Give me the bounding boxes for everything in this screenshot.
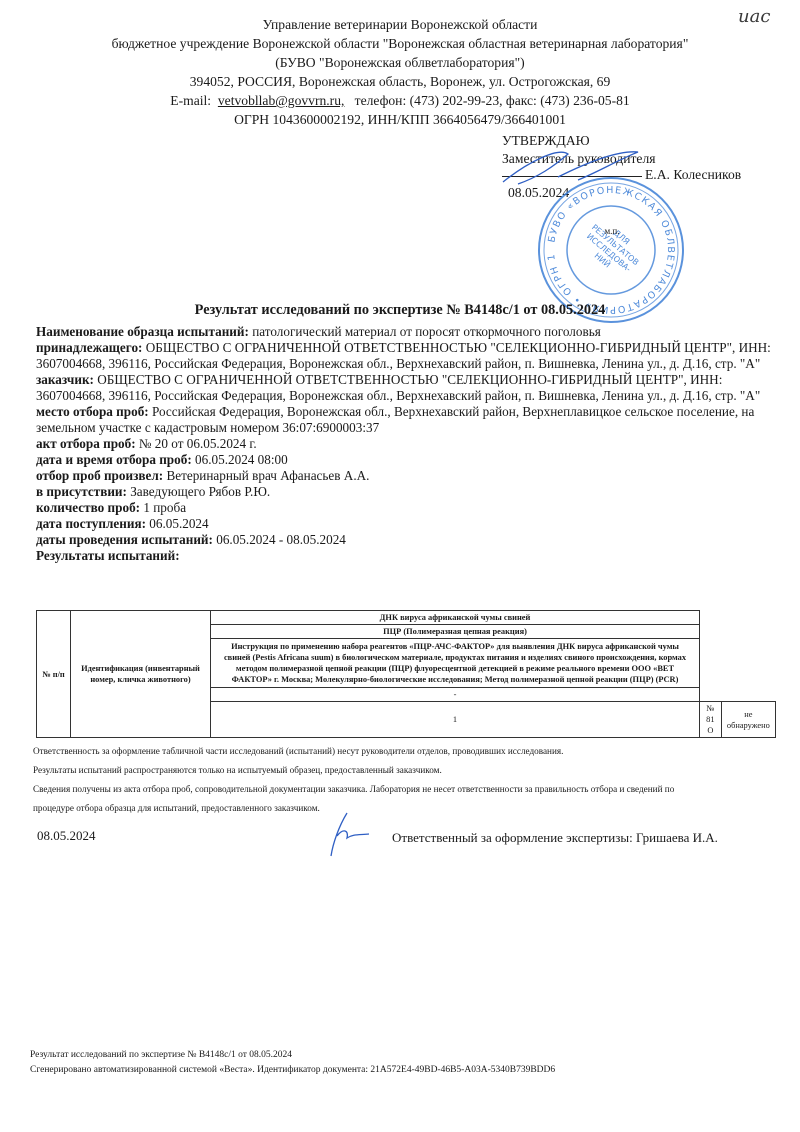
letterhead-ogrn: ОГРН 1043600002192, ИНН/КПП 3664056479/3… xyxy=(0,110,800,129)
field-sampling-datetime: дата и время отбора проб: 06.05.2024 08:… xyxy=(36,452,776,468)
responsible-person: Ответственный за оформление экспертизы: … xyxy=(392,830,718,846)
letterhead-line-1: Управление ветеринарии Воронежской облас… xyxy=(0,15,800,34)
field-in-presence: в присутствии: Заведующего Рябов Р.Ю. xyxy=(36,484,776,500)
row-identification: № 81 О xyxy=(700,702,722,738)
row-result: не обнаружено xyxy=(721,702,775,738)
page-footer: Результат исследований по экспертизе № В… xyxy=(30,1048,555,1078)
norm-value: - xyxy=(211,688,700,702)
field-test-dates: даты проведения испытаний: 06.05.2024 - … xyxy=(36,532,776,548)
field-owner: принадлежащего: ОБЩЕСТВО С ОГРАНИЧЕННОЙ … xyxy=(36,340,776,372)
disclaimer-notes: Ответственность за оформление табличной … xyxy=(33,742,783,818)
indicator-header: ДНК вируса африканской чумы свиней xyxy=(211,611,700,625)
field-sampling-place: место отбора проб: Российская Федерация,… xyxy=(36,404,776,436)
signoff-date: 08.05.2024 xyxy=(37,828,96,844)
letterhead-line-2: бюджетное учреждение Воронежской области… xyxy=(0,34,800,53)
note-1: Ответственность за оформление табличной … xyxy=(33,742,783,761)
col-header-identification: Идентификация (инвентарный номер, кличка… xyxy=(71,611,211,738)
note-2: Результаты испытаний распространяются то… xyxy=(33,761,783,780)
field-sample-count: количество проб: 1 проба xyxy=(36,500,776,516)
footer-doc-ref: Результат исследований по экспертизе № В… xyxy=(30,1048,555,1063)
results-heading: Результаты испытаний: xyxy=(36,548,776,564)
email-link[interactable]: vetvobllab@govvrn.ru, xyxy=(218,93,345,108)
field-sampling-act: акт отбора проб: № 20 от 06.05.2024 г. xyxy=(36,436,776,452)
svg-text:м.п.: м.п. xyxy=(604,226,619,236)
method-document: Инструкция по применению набора реагенто… xyxy=(211,639,700,688)
sample-details: Наименование образца испытаний: патологи… xyxy=(36,324,776,564)
responsible-signature-icon xyxy=(325,808,385,858)
note-4: процедуре отбора образца для испытаний, … xyxy=(33,799,783,818)
letterhead-contacts: E-mail: vetvobllab@govvrn.ru, телефон: (… xyxy=(0,91,800,110)
document-title: Результат исследований по экспертизе № В… xyxy=(0,302,800,319)
field-customer: заказчик: ОБЩЕСТВО С ОГРАНИЧЕННОЙ ОТВЕТС… xyxy=(36,372,776,404)
letterhead-line-3: (БУВО "Воронежская облветлаборатория") xyxy=(0,53,800,72)
field-sample-name: Наименование образца испытаний: патологи… xyxy=(36,324,776,340)
footer-generated: Сгенерировано автоматизированной системо… xyxy=(30,1063,555,1078)
phone-fax: телефон: (473) 202-99-23, факс: (473) 23… xyxy=(355,93,630,108)
letterhead: Управление ветеринарии Воронежской облас… xyxy=(0,15,800,129)
results-table: № п/п Идентификация (инвентарный номер, … xyxy=(36,610,776,738)
field-received-date: дата поступления: 06.05.2024 xyxy=(36,516,776,532)
letterhead-address: 394052, РОССИЯ, Воронежская область, Вор… xyxy=(0,72,800,91)
approval-block: УТВЕРЖДАЮ Заместитель руководителя Е.А. … xyxy=(502,132,655,168)
field-sampled-by: отбор проб произвел: Ветеринарный врач А… xyxy=(36,468,776,484)
col-header-number: № п/п xyxy=(37,611,71,738)
note-3: Сведения получены из акта отбора проб, с… xyxy=(33,780,783,799)
email-label: E-mail: xyxy=(170,93,211,108)
method-short: ПЦР (Полимеразная цепная реакция) xyxy=(211,625,700,639)
row-number: 1 xyxy=(211,702,700,738)
